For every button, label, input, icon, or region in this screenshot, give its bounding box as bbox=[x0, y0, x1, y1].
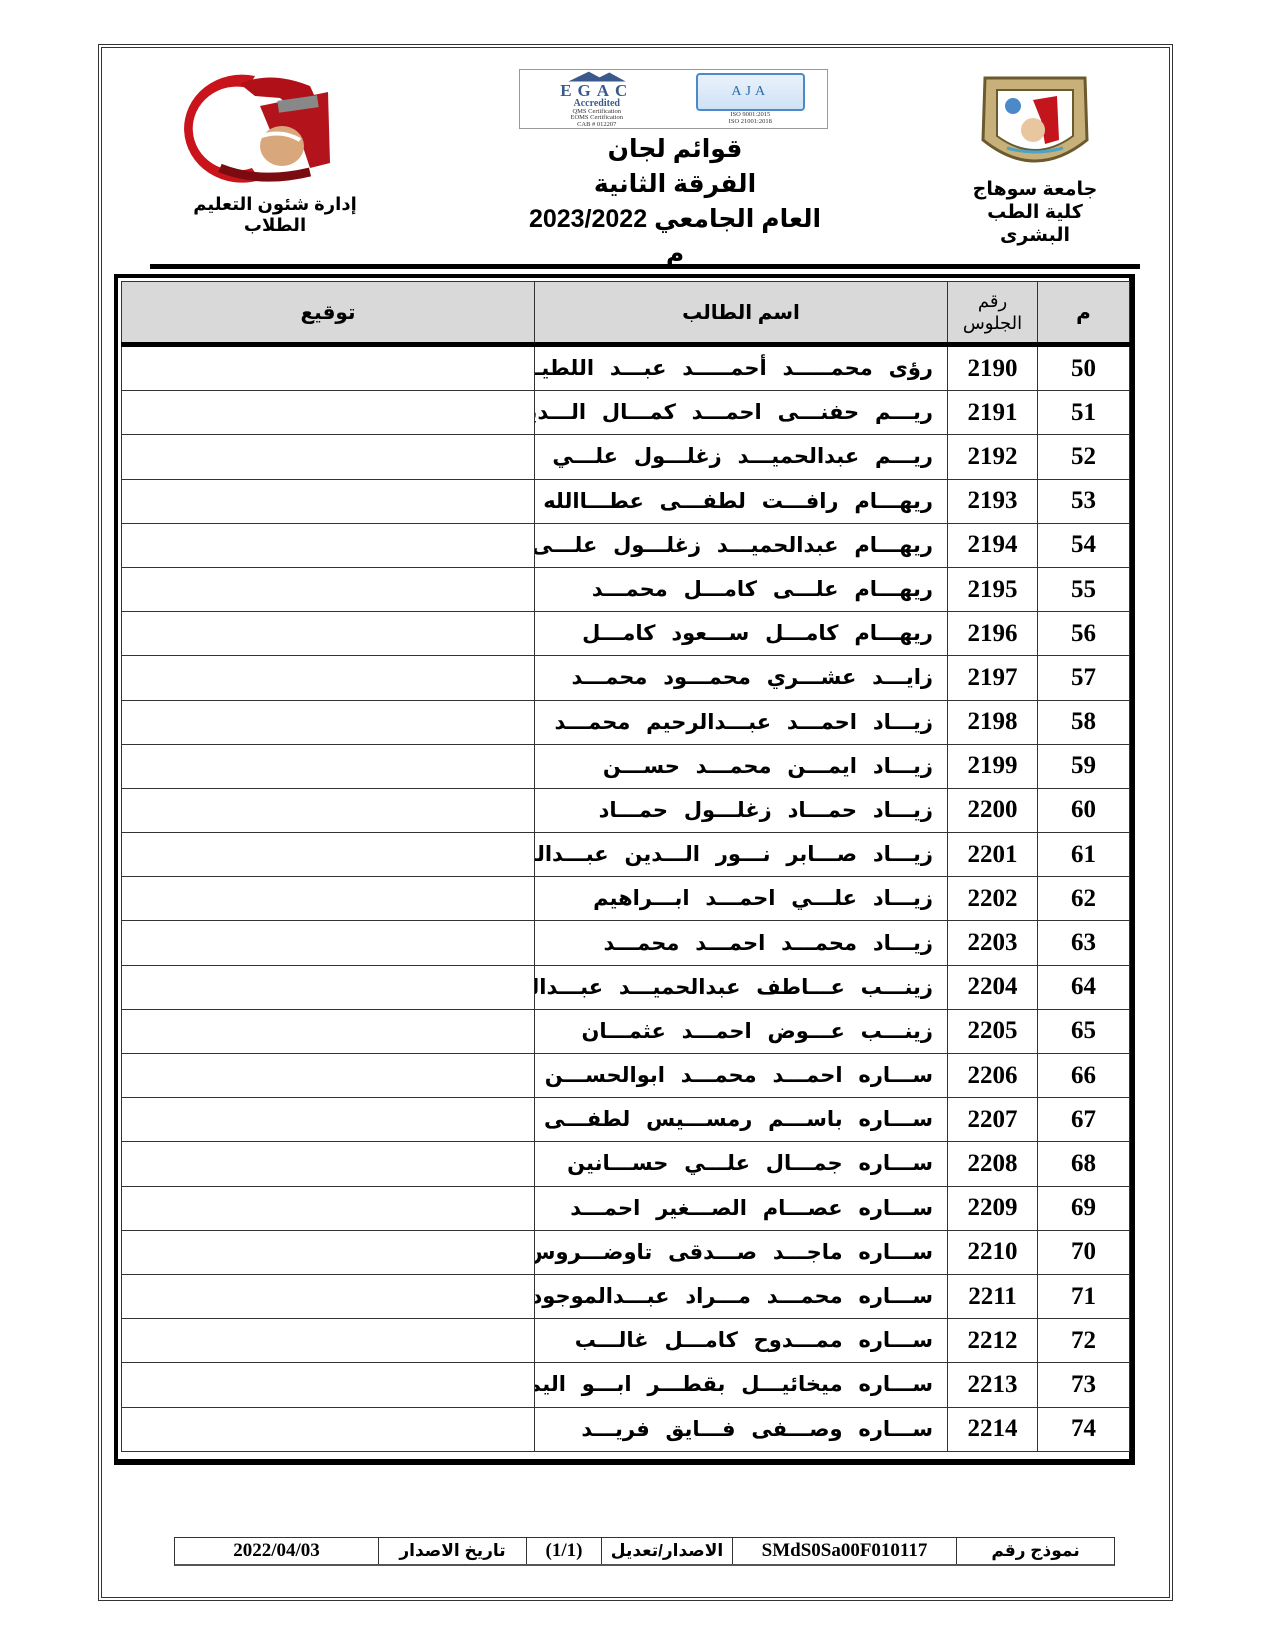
table-row: 662206ســـاره احمـــد محمـــد ابوالحســـ… bbox=[122, 1054, 1130, 1098]
seat-number: 2205 bbox=[948, 1009, 1038, 1053]
signature-cell[interactable] bbox=[122, 877, 535, 921]
seat-number: 2196 bbox=[948, 612, 1038, 656]
form-number-value: SMdS0Sa00F010117 bbox=[732, 1538, 956, 1564]
signature-cell[interactable] bbox=[122, 1274, 535, 1318]
signature-cell[interactable] bbox=[122, 788, 535, 832]
table-row: 592199زيـــاد ايمـــن محمـــد حســـن bbox=[122, 744, 1130, 788]
table-row: 512191ريـــم حفنـــى احمـــد كمـــال الـ… bbox=[122, 391, 1130, 435]
table-row: 702210ســـاره ماجـــد صـــدقى تاوضـــروس bbox=[122, 1230, 1130, 1274]
student-name: ســـاره محمـــد مـــراد عبـــدالموجود bbox=[535, 1274, 948, 1318]
student-name: زيـــاد علـــي احمـــد ابـــراهيم bbox=[535, 877, 948, 921]
table-row: 572197زايـــد عشـــري محمـــود محمـــد bbox=[122, 656, 1130, 700]
student-name: ســـاره احمـــد محمـــد ابوالحســـن bbox=[535, 1054, 948, 1098]
table-header-row: م رقم الجلوس اسم الطالب توقيع bbox=[122, 282, 1130, 345]
seat-number: 2192 bbox=[948, 435, 1038, 479]
seat-number: 2194 bbox=[948, 523, 1038, 567]
table-row: 542194ريهـــام عبدالحميـــد زغلـــول علـ… bbox=[122, 523, 1130, 567]
row-index: 73 bbox=[1038, 1363, 1130, 1407]
row-index: 72 bbox=[1038, 1319, 1130, 1363]
row-index: 52 bbox=[1038, 435, 1130, 479]
table-row: 622202زيـــاد علـــي احمـــد ابـــراهيم bbox=[122, 877, 1130, 921]
issue-date-label: تاريخ الاصدار bbox=[378, 1538, 526, 1564]
column-header-index: م bbox=[1038, 282, 1130, 345]
table-row: 502190رؤى محمـــــد أحمـــــد عبـــد الل… bbox=[122, 345, 1130, 391]
seat-number: 2204 bbox=[948, 965, 1038, 1009]
row-index: 63 bbox=[1038, 921, 1130, 965]
title-year-level: الفرقة الثانية bbox=[520, 167, 830, 202]
title-committee-lists: قوائم لجان bbox=[520, 132, 830, 167]
signature-cell[interactable] bbox=[122, 1009, 535, 1053]
student-name: ريهـــام عبدالحميـــد زغلـــول علـــى bbox=[535, 523, 948, 567]
table-row: 672207ســـاره باســـم رمســـيس لطفـــى bbox=[122, 1098, 1130, 1142]
egac-logo: EGAC Accredited QMS Certification EOMS C… bbox=[520, 70, 674, 128]
aja-logo: AJA ISO 9001:2015 ISO 21001:2018 bbox=[674, 70, 828, 128]
table-row: 522192ريـــم عبدالحميـــد زغلـــول علـــ… bbox=[122, 435, 1130, 479]
seat-number: 2214 bbox=[948, 1407, 1038, 1451]
document-title: قوائم لجان الفرقة الثانية العام الجامعي … bbox=[520, 132, 830, 272]
row-index: 68 bbox=[1038, 1142, 1130, 1186]
table-row: 722212ســـاره ممـــدوح كامـــل غالـــب bbox=[122, 1319, 1130, 1363]
signature-cell[interactable] bbox=[122, 1098, 535, 1142]
student-name: رؤى محمـــــد أحمـــــد عبـــد اللطيـــف bbox=[535, 345, 948, 391]
table-row: 652205زينـــب عـــوض احمـــد عثمـــان bbox=[122, 1009, 1130, 1053]
signature-cell[interactable] bbox=[122, 567, 535, 611]
row-index: 62 bbox=[1038, 877, 1130, 921]
version-value: (1/1) bbox=[526, 1538, 601, 1564]
student-name: ســـاره ماجـــد صـــدقى تاوضـــروس bbox=[535, 1230, 948, 1274]
row-index: 53 bbox=[1038, 479, 1130, 523]
row-index: 61 bbox=[1038, 833, 1130, 877]
seat-number: 2201 bbox=[948, 833, 1038, 877]
signature-cell[interactable] bbox=[122, 700, 535, 744]
row-index: 55 bbox=[1038, 567, 1130, 611]
faculty-logo bbox=[160, 68, 350, 188]
table-row: 712211ســـاره محمـــد مـــراد عبـــدالمو… bbox=[122, 1274, 1130, 1318]
student-name: زيـــاد حمـــاد زغلـــول حمـــاد bbox=[535, 788, 948, 832]
seat-number: 2202 bbox=[948, 877, 1038, 921]
row-index: 51 bbox=[1038, 391, 1130, 435]
row-index: 74 bbox=[1038, 1407, 1130, 1451]
seat-number: 2210 bbox=[948, 1230, 1038, 1274]
student-name: زينـــب عـــاطف عبدالحميـــد عبـــدالعزي… bbox=[535, 965, 948, 1009]
table-row: 612201زيـــاد صـــابر نـــور الـــدين عب… bbox=[122, 833, 1130, 877]
student-name: ســـاره باســـم رمســـيس لطفـــى bbox=[535, 1098, 948, 1142]
seat-number: 2206 bbox=[948, 1054, 1038, 1098]
row-index: 56 bbox=[1038, 612, 1130, 656]
seat-number: 2190 bbox=[948, 345, 1038, 391]
signature-cell[interactable] bbox=[122, 523, 535, 567]
seat-number: 2212 bbox=[948, 1319, 1038, 1363]
seat-number: 2207 bbox=[948, 1098, 1038, 1142]
mountain-icon bbox=[562, 70, 632, 82]
globe-icon: AJA bbox=[696, 73, 805, 111]
table-row: 562196ريهـــام كامـــل ســـعود كامـــل bbox=[122, 612, 1130, 656]
table-row: 742214ســـاره وصـــفى فـــايق فريـــد bbox=[122, 1407, 1130, 1451]
table-row: 632203زيـــاد محمـــد احمـــد محمـــد bbox=[122, 921, 1130, 965]
signature-cell[interactable] bbox=[122, 479, 535, 523]
signature-cell[interactable] bbox=[122, 1319, 535, 1363]
row-index: 69 bbox=[1038, 1186, 1130, 1230]
signature-cell[interactable] bbox=[122, 744, 535, 788]
student-name: ســـاره عصـــام الصـــغير احمـــد bbox=[535, 1186, 948, 1230]
certification-logos: EGAC Accredited QMS Certification EOMS C… bbox=[519, 69, 828, 129]
student-list-table: م رقم الجلوس اسم الطالب توقيع 502190رؤى … bbox=[114, 274, 1135, 1465]
table-row: 552195ريهـــام علـــى كامـــل محمـــد bbox=[122, 567, 1130, 611]
student-name: ســـاره جمـــال علـــي حســـانين bbox=[535, 1142, 948, 1186]
column-header-seat-number: رقم الجلوس bbox=[948, 282, 1038, 345]
row-index: 67 bbox=[1038, 1098, 1130, 1142]
signature-cell[interactable] bbox=[122, 435, 535, 479]
row-index: 65 bbox=[1038, 1009, 1130, 1053]
seat-number: 2211 bbox=[948, 1274, 1038, 1318]
row-index: 60 bbox=[1038, 788, 1130, 832]
form-number-label: نموذج رقم bbox=[956, 1538, 1114, 1564]
row-index: 58 bbox=[1038, 700, 1130, 744]
row-index: 66 bbox=[1038, 1054, 1130, 1098]
student-name: ريهـــام علـــى كامـــل محمـــد bbox=[535, 567, 948, 611]
header-divider bbox=[150, 264, 1140, 269]
faculty-name: كلية الطب البشرى bbox=[950, 201, 1120, 247]
signature-cell[interactable] bbox=[122, 391, 535, 435]
student-name: ســـاره وصـــفى فـــايق فريـــد bbox=[535, 1407, 948, 1451]
table-row: 732213ســـاره ميخائيـــل بقطـــر ابـــو … bbox=[122, 1363, 1130, 1407]
seat-number: 2195 bbox=[948, 567, 1038, 611]
seat-number: 2208 bbox=[948, 1142, 1038, 1186]
row-index: 59 bbox=[1038, 744, 1130, 788]
signature-cell[interactable] bbox=[122, 1230, 535, 1274]
seat-number: 2213 bbox=[948, 1363, 1038, 1407]
signature-cell[interactable] bbox=[122, 1054, 535, 1098]
signature-cell[interactable] bbox=[122, 1142, 535, 1186]
university-name: جامعة سوهاج bbox=[950, 178, 1120, 201]
table-row: 602200زيـــاد حمـــاد زغلـــول حمـــاد bbox=[122, 788, 1130, 832]
table-row: 532193ريهـــام رافـــت لطفـــى عطـــاالل… bbox=[122, 479, 1130, 523]
row-index: 54 bbox=[1038, 523, 1130, 567]
signature-cell[interactable] bbox=[122, 1186, 535, 1230]
student-name: ريهـــام كامـــل ســـعود كامـــل bbox=[535, 612, 948, 656]
student-name: زينـــب عـــوض احمـــد عثمـــان bbox=[535, 1009, 948, 1053]
row-index: 64 bbox=[1038, 965, 1130, 1009]
student-name: زيـــاد احمـــد عبـــدالرحيم محمـــد bbox=[535, 700, 948, 744]
title-academic-year: العام الجامعي 2023/2022 م bbox=[520, 202, 830, 272]
seat-number: 2209 bbox=[948, 1186, 1038, 1230]
seat-number: 2191 bbox=[948, 391, 1038, 435]
version-label: الاصدار/تعديل bbox=[601, 1538, 732, 1564]
student-name: ريهـــام رافـــت لطفـــى عطـــاالله bbox=[535, 479, 948, 523]
student-name: زيـــاد صـــابر نـــور الـــدين عبـــدال… bbox=[535, 833, 948, 877]
seat-number: 2203 bbox=[948, 921, 1038, 965]
student-name: ريـــم عبدالحميـــد زغلـــول علـــي bbox=[535, 435, 948, 479]
column-header-signature: توقيع bbox=[122, 282, 535, 345]
row-index: 70 bbox=[1038, 1230, 1130, 1274]
issue-date-value: 2022/04/03 bbox=[175, 1538, 378, 1564]
seat-number: 2197 bbox=[948, 656, 1038, 700]
institution-name: جامعة سوهاج كلية الطب البشرى bbox=[950, 178, 1120, 247]
student-name: زيـــاد ايمـــن محمـــد حســـن bbox=[535, 744, 948, 788]
signature-cell[interactable] bbox=[122, 833, 535, 877]
row-index: 71 bbox=[1038, 1274, 1130, 1318]
table-row: 582198زيـــاد احمـــد عبـــدالرحيم محمــ… bbox=[122, 700, 1130, 744]
row-index: 50 bbox=[1038, 345, 1130, 391]
signature-cell[interactable] bbox=[122, 965, 535, 1009]
department-name: إدارة شئون التعليم الطلاب bbox=[160, 194, 390, 236]
column-header-student-name: اسم الطالب bbox=[535, 282, 948, 345]
signature-cell[interactable] bbox=[122, 656, 535, 700]
signature-cell[interactable] bbox=[122, 1407, 535, 1451]
signature-cell[interactable] bbox=[122, 612, 535, 656]
seat-number: 2200 bbox=[948, 788, 1038, 832]
signature-cell[interactable] bbox=[122, 345, 535, 391]
table-row: 692209ســـاره عصـــام الصـــغير احمـــد bbox=[122, 1186, 1130, 1230]
table-row: 642204زينـــب عـــاطف عبدالحميـــد عبـــ… bbox=[122, 965, 1130, 1009]
university-emblem bbox=[975, 70, 1095, 178]
signature-cell[interactable] bbox=[122, 921, 535, 965]
row-index: 57 bbox=[1038, 656, 1130, 700]
document-footer: نموذج رقم SMdS0Sa00F010117 الاصدار/تعديل… bbox=[174, 1537, 1115, 1566]
seat-number: 2199 bbox=[948, 744, 1038, 788]
table-row: 682208ســـاره جمـــال علـــي حســـانين bbox=[122, 1142, 1130, 1186]
student-name: ريـــم حفنـــى احمـــد كمـــال الـــدين bbox=[535, 391, 948, 435]
student-name: ســـاره ممـــدوح كامـــل غالـــب bbox=[535, 1319, 948, 1363]
student-name: ســـاره ميخائيـــل بقطـــر ابـــو اليمــ… bbox=[535, 1363, 948, 1407]
seat-number: 2198 bbox=[948, 700, 1038, 744]
student-name: زايـــد عشـــري محمـــود محمـــد bbox=[535, 656, 948, 700]
signature-cell[interactable] bbox=[122, 1363, 535, 1407]
student-name: زيـــاد محمـــد احمـــد محمـــد bbox=[535, 921, 948, 965]
seat-number: 2193 bbox=[948, 479, 1038, 523]
